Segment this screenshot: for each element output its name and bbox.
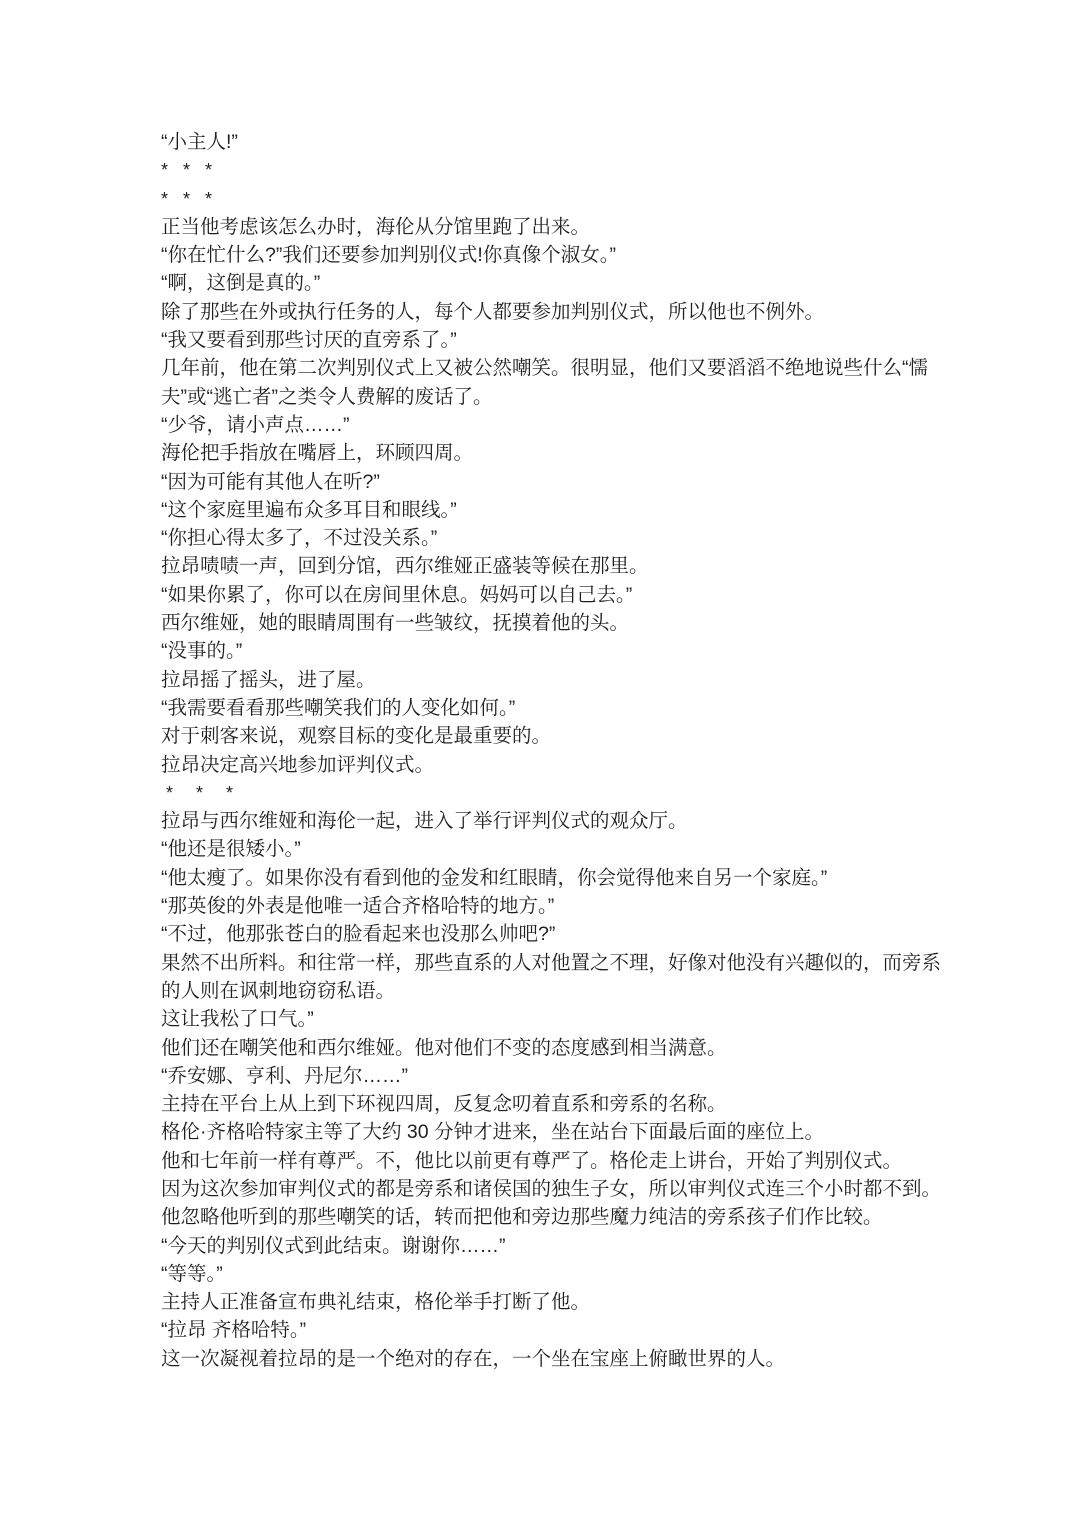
story-paragraph: 海伦把手指放在嘴唇上，环顾四周。	[161, 439, 946, 467]
story-paragraph: “如果你累了，你可以在房间里休息。妈妈可以自己去。”	[161, 581, 946, 609]
story-paragraph: 除了那些在外或执行任务的人，每个人都要参加判别仪式，所以他也不例外。	[161, 298, 946, 326]
story-paragraph: 对于刺客来说，观察目标的变化是最重要的。	[161, 722, 946, 750]
story-paragraph: 这让我松了口气。”	[161, 1005, 946, 1033]
story-paragraph: “乔安娜、亨利、丹尼尔……”	[161, 1062, 946, 1090]
story-paragraph: “他还是很矮小。”	[161, 835, 946, 863]
story-paragraph: 主持人正准备宣布典礼结束，格伦举手打断了他。	[161, 1288, 946, 1316]
story-paragraph: 几年前，他在第二次判别仪式上又被公然嘲笑。很明显，他们又要滔滔不绝地说些什么“懦…	[161, 354, 946, 411]
story-paragraph: “我需要看看那些嘲笑我们的人变化如何。”	[161, 694, 946, 722]
story-paragraph: “少爷，请小声点……”	[161, 411, 946, 439]
story-paragraph: “啊，这倒是真的。”	[161, 269, 946, 297]
story-paragraph: 拉昂摇了摇头，进了屋。	[161, 666, 946, 694]
story-text-body: “小主人!”* * ** * *正当他考虑该怎么办时，海伦从分馆里跑了出来。“你…	[161, 128, 946, 1373]
story-paragraph: 他忽略他听到的那些嘲笑的话，转而把他和旁边那些魔力纯洁的旁系孩子们作比较。	[161, 1203, 946, 1231]
story-paragraph: 拉昂决定高兴地参加评判仪式。	[161, 751, 946, 779]
story-paragraph: 西尔维娅，她的眼睛周围有一些皱纹，抚摸着他的头。	[161, 609, 946, 637]
story-paragraph: “那英俊的外表是他唯一适合齐格哈特的地方。”	[161, 892, 946, 920]
section-separator: * * *	[166, 779, 946, 807]
story-paragraph: “拉昂 齐格哈特。”	[161, 1316, 946, 1344]
story-paragraph: “你担心得太多了，不过没关系。”	[161, 524, 946, 552]
story-paragraph: 他和七年前一样有尊严。不，他比以前更有尊严了。格伦走上讲台，开始了判别仪式。	[161, 1147, 946, 1175]
story-paragraph: “等等。”	[161, 1260, 946, 1288]
story-paragraph: “他太瘦了。如果你没有看到他的金发和红眼睛，你会觉得他来自另一个家庭。”	[161, 864, 946, 892]
story-paragraph: “不过，他那张苍白的脸看起来也没那么帅吧?”	[161, 920, 946, 948]
story-paragraph: “今天的判别仪式到此结束。谢谢你……”	[161, 1232, 946, 1260]
story-paragraph: “这个家庭里遍布众多耳目和眼线。”	[161, 496, 946, 524]
story-paragraph: 拉昂与西尔维娅和海伦一起，进入了举行评判仪式的观众厅。	[161, 807, 946, 835]
story-paragraph: “小主人!”	[161, 128, 946, 156]
story-paragraph: “没事的。”	[161, 637, 946, 665]
story-paragraph: 主持在平台上从上到下环视四周，反复念叨着直系和旁系的名称。	[161, 1090, 946, 1118]
section-separator: * * *	[161, 156, 946, 184]
section-separator: * * *	[161, 185, 946, 213]
story-paragraph: 果然不出所料。和往常一样，那些直系的人对他置之不理，好像对他没有兴趣似的，而旁系…	[161, 949, 946, 1006]
story-paragraph: 正当他考虑该怎么办时，海伦从分馆里跑了出来。	[161, 213, 946, 241]
story-paragraph: 他们还在嘲笑他和西尔维娅。他对他们不变的态度感到相当满意。	[161, 1034, 946, 1062]
story-paragraph: 这一次凝视着拉昂的是一个绝对的存在，一个坐在宝座上俯瞰世界的人。	[161, 1345, 946, 1373]
story-paragraph: “你在忙什么?”我们还要参加判别仪式!你真像个淑女。”	[161, 241, 946, 269]
story-paragraph: 格伦·齐格哈特家主等了大约 30 分钟才进来，坐在站台下面最后面的座位上。	[161, 1118, 946, 1146]
story-paragraph: 因为这次参加审判仪式的都是旁系和诸侯国的独生子女，所以审判仪式连三个小时都不到。	[161, 1175, 946, 1203]
story-paragraph: “因为可能有其他人在听?”	[161, 468, 946, 496]
story-paragraph: 拉昂啧啧一声，回到分馆，西尔维娅正盛装等候在那里。	[161, 552, 946, 580]
document-page: “小主人!”* * ** * *正当他考虑该怎么办时，海伦从分馆里跑了出来。“你…	[0, 0, 1074, 1519]
story-paragraph: “我又要看到那些讨厌的直旁系了。”	[161, 326, 946, 354]
